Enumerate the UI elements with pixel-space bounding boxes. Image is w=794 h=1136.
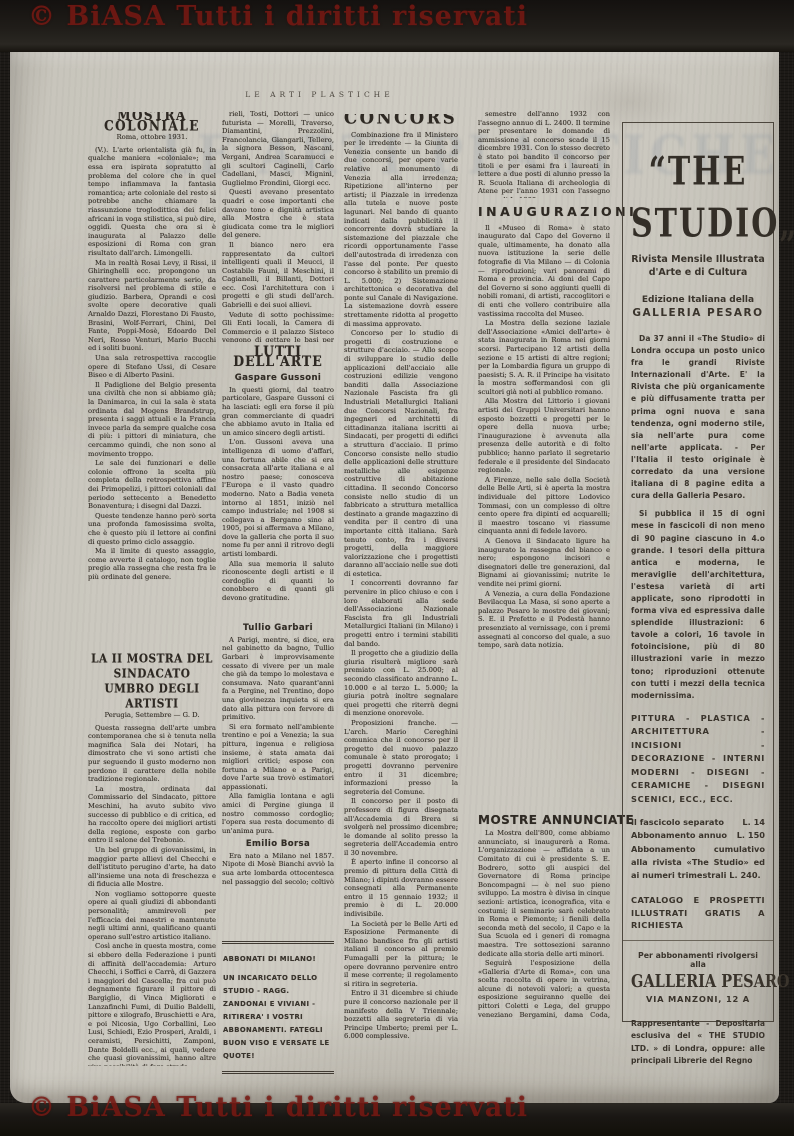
paragraph: È aperto infine il concorso al premio di…: [344, 858, 458, 918]
ad-title-line-2: STUDIO„: [631, 202, 794, 248]
paragraph: A Parigi, mentre, si dice, era nel gabin…: [222, 636, 334, 722]
column-3: CONCORSI Combinazione fra il Ministero p…: [344, 114, 458, 1090]
ad-title-line-1: “THE: [649, 150, 748, 196]
paragraph: L'on. Gussoni aveva una intelligenza di …: [222, 438, 334, 558]
obituary-body: In questi giorni, dal teatro particolare…: [222, 386, 334, 603]
obituary-name: Gaspare Gussoni: [222, 374, 334, 383]
price-value: L. 14: [742, 816, 765, 829]
copyright-watermark-top: © BiASA Tutti i diritti riservati: [28, 1, 528, 32]
price-row: Il fascicolo separato L. 14: [631, 816, 765, 829]
paragraph: Seguirà l'esposizione della «Galleria d'…: [478, 959, 610, 1020]
paragraph: Una sala retrospettiva raccoglie opere d…: [88, 354, 216, 380]
continuation-text: semestre dell'anno 1932 con l'assegno an…: [478, 110, 610, 198]
paragraph: Proposizioni franche. — L'arch. Mario Ce…: [344, 719, 458, 796]
ad-gallery-pesaro-label: GALLERIA PESARO: [631, 307, 765, 319]
article-title: MOSTRA COLONIALE: [88, 112, 216, 130]
ad-representative-note: Rappresentante - Depositaria esclusiva d…: [631, 1018, 765, 1068]
obituary-body: A Parigi, mentre, si dice, era nel gabin…: [222, 636, 334, 835]
title-line-2: UMBRO DEGLI ARTISTI: [104, 682, 199, 711]
paragraph: Il concorso per il posto di professore d…: [344, 797, 458, 857]
paragraph: A Venezia, a cura della Fondazione Bevil…: [478, 590, 610, 650]
title-line-1: LA II MOSTRA DEL SINDACATO: [91, 652, 213, 681]
ad-edition-line: Edizione Italiana della: [631, 295, 765, 305]
dateline: Roma, ottobre 1931.: [88, 133, 216, 142]
column-4: semestre dell'anno 1932 con l'assegno an…: [478, 110, 610, 1020]
paragraph: semestre dell'anno 1932 con l'assegno an…: [478, 110, 610, 198]
concorsi-body: Combinazione fra il Ministero per le irr…: [344, 131, 458, 1041]
copyright-watermark-bottom: © BiASA Tutti i diritti riservati: [28, 1092, 528, 1123]
article-body: (V.). L'arte orientalista già fu, in qua…: [88, 146, 216, 582]
paragraph: La Mostra dell'800, come abbiamo annunci…: [478, 829, 610, 958]
paragraph: Il «Museo di Roma» è stato inaugurato da…: [478, 224, 610, 319]
ad-catalog-offer: CATALOGO E PROSPETTI ILLUSTRATI GRATIS A…: [631, 894, 765, 932]
price-label: Il fascicolo separato: [631, 816, 724, 829]
ad-subtitle: Rivista Mensile Illustrata d'Arte e di C…: [631, 253, 765, 279]
article-mostra-coloniale: MOSTRA COLONIALE Roma, ottobre 1931. (V.…: [88, 112, 216, 646]
section-title-lutti: LUTTI DELL'ARTE: [222, 347, 334, 366]
article-mostra-sindacato-umbro: LA II MOSTRA DEL SINDACATO UMBRO DEGLI A…: [88, 646, 216, 1066]
dateline: Perugia, Settembre — G. D.: [88, 711, 216, 720]
paragraph: rieli, Tosti, Dottori — unico futurista …: [222, 110, 334, 187]
subscriber-notice-box: ABBONATI DI MILANO! UN INCARICATO DELLO …: [222, 941, 334, 1074]
paragraph: La mostra, ordinata dal Commissario del …: [88, 785, 216, 845]
obituary-gussoni: Gaspare Gussoni In questi giorni, dal te…: [222, 369, 334, 619]
paragraph: (V.). L'arte orientalista già fu, in qua…: [88, 146, 216, 258]
paragraph: Il progetto che a giudizio della giuria …: [344, 649, 458, 718]
paragraph: Si era formato nell'ambiente trentino e …: [222, 723, 334, 792]
continuation-text: rieli, Tosti, Dottori — unico futurista …: [222, 110, 334, 342]
article-title: LA II MOSTRA DEL SINDACATO UMBRO DEGLI A…: [88, 652, 216, 712]
section-title-inaugurazioni: INAUGURAZIONI: [478, 208, 610, 217]
ad-body: Da 37 anni il «The Studio» di Londra occ…: [631, 333, 765, 702]
paragraph: Il bianco nero era rappresentato da cult…: [222, 241, 334, 310]
paragraph: Un bel gruppo di giovanissimi, in maggio…: [88, 846, 216, 889]
ad-divider: [623, 940, 773, 941]
paragraph: Alla famiglia lontana e agli amici di Pe…: [222, 792, 334, 835]
obituary-borsa: Emilio Borsa Era nato a Milano nel 1857.…: [222, 835, 334, 887]
newspaper-page: LE ARTI PLASTICHE LE ARTI PLASTICHE MOST…: [10, 52, 779, 1103]
paragraph: Entro il 31 dicembre si chiude pure il c…: [344, 989, 458, 1041]
paragraph: La Società per le Belle Arti ed Esposizi…: [344, 920, 458, 989]
paragraph: Ma in realtà Rosai Levy, il Rissi, il Gh…: [88, 259, 216, 354]
paragraph: Le sale dei funzionari e delle colonie o…: [88, 459, 216, 511]
paragraph: Questi avevano presentato quadri e cose …: [222, 188, 334, 240]
inaugurazioni-body: Il «Museo di Roma» è stato inaugurato da…: [478, 224, 610, 808]
notice-body: UN INCARICATO DELLO STUDIO - RAGG. ZANDO…: [223, 972, 333, 1063]
ad-categories: PITTURA - PLASTICA - ARCHITETTURA - INCI…: [631, 712, 765, 807]
paragraph: Queste tendenze hanno però sorta una pro…: [88, 512, 216, 546]
paragraph: Combinazione fra il Ministero per le irr…: [344, 131, 458, 329]
paragraph: Concorso per lo studio di progetti di co…: [344, 329, 458, 578]
paragraph: Era nato a Milano nel 1857. Nipote di Mo…: [222, 852, 334, 887]
running-title: LE ARTI PLASTICHE: [10, 90, 629, 99]
paragraph: Così anche in questa mostra, come si ebb…: [88, 942, 216, 1066]
paragraph: Non vogliamo sottoporre queste opere ai …: [88, 890, 216, 942]
price-label: Abbonamento annuo: [631, 829, 727, 842]
obituary-body: Era nato a Milano nel 1857. Nipote di Mo…: [222, 852, 334, 887]
paragraph: La Mostra della sezione laziale dell'Ass…: [478, 319, 610, 396]
section-title-concorsi: CONCORSI: [344, 114, 458, 123]
paragraph: A Genova il Sindacato ligure ha inaugura…: [478, 537, 610, 589]
ad-paragraph: Si pubblica il 15 di ogni mese in fascic…: [631, 508, 765, 702]
paragraph: I concorrenti dovranno far pervenire in …: [344, 579, 458, 648]
article-body: Questa rassegna dell'arte umbra contempo…: [88, 724, 216, 1066]
price-value: L. 150: [737, 829, 765, 842]
ad-price-list: Il fascicolo separato L. 14 Abbonamento …: [631, 816, 765, 882]
paragraph: A Firenze, nelle sale della Società dell…: [478, 476, 610, 536]
ad-paragraph: Da 37 anni il «The Studio» di Londra occ…: [631, 333, 765, 502]
the-studio-advertisement: “THE STUDIO„ Rivista Mensile Illustrata …: [622, 122, 774, 1022]
section-title-mostre-annunciate: MOSTRE ANNUNCIATE: [478, 816, 610, 825]
paragraph: Questa rassegna dell'arte umbra contempo…: [88, 724, 216, 784]
paragraph: Vedute di sotto pochissime: Gli Enti loc…: [222, 311, 334, 342]
ad-gallery-address: VIA MANZONI, 12 A: [631, 994, 765, 1004]
scan-stain: [10, 292, 50, 612]
price-row-cumulative: Abbonamento cumulativo alla rivista «The…: [631, 843, 765, 882]
obituary-garbari: Tullio Garbari A Parigi, mentre, si dice…: [222, 619, 334, 835]
paragraph: In questi giorni, dal teatro particolare…: [222, 386, 334, 438]
ad-subscribe-intro: Per abbonamenti rivolgersi alla: [631, 951, 765, 969]
column-1: MOSTRA COLONIALE Roma, ottobre 1931. (V.…: [88, 112, 216, 1104]
paragraph: Alla Mostra del Littorio i giovani artis…: [478, 397, 610, 474]
paragraph: Il Padiglione del Belgio presenta una ci…: [88, 381, 216, 458]
notice-title: ABBONATI DI MILANO!: [223, 953, 333, 966]
obituary-name: Emilio Borsa: [222, 840, 334, 849]
column-2: rieli, Tosti, Dottori — unico futurista …: [222, 110, 334, 1074]
ad-gallery-name: GALLERIA PESARO - Milano: [631, 971, 765, 992]
ad-title: “THE STUDIO„: [631, 147, 765, 251]
paragraph: Ma il limite di questo assaggio, come av…: [88, 547, 216, 581]
obituary-name: Tullio Garbari: [222, 624, 334, 633]
mostre-annunciate-body: La Mostra dell'800, come abbiamo annunci…: [478, 829, 610, 1020]
paragraph: Alla sua memoria il saluto riconoscente …: [222, 560, 334, 603]
price-row: Abbonamento annuo L. 150: [631, 829, 765, 842]
